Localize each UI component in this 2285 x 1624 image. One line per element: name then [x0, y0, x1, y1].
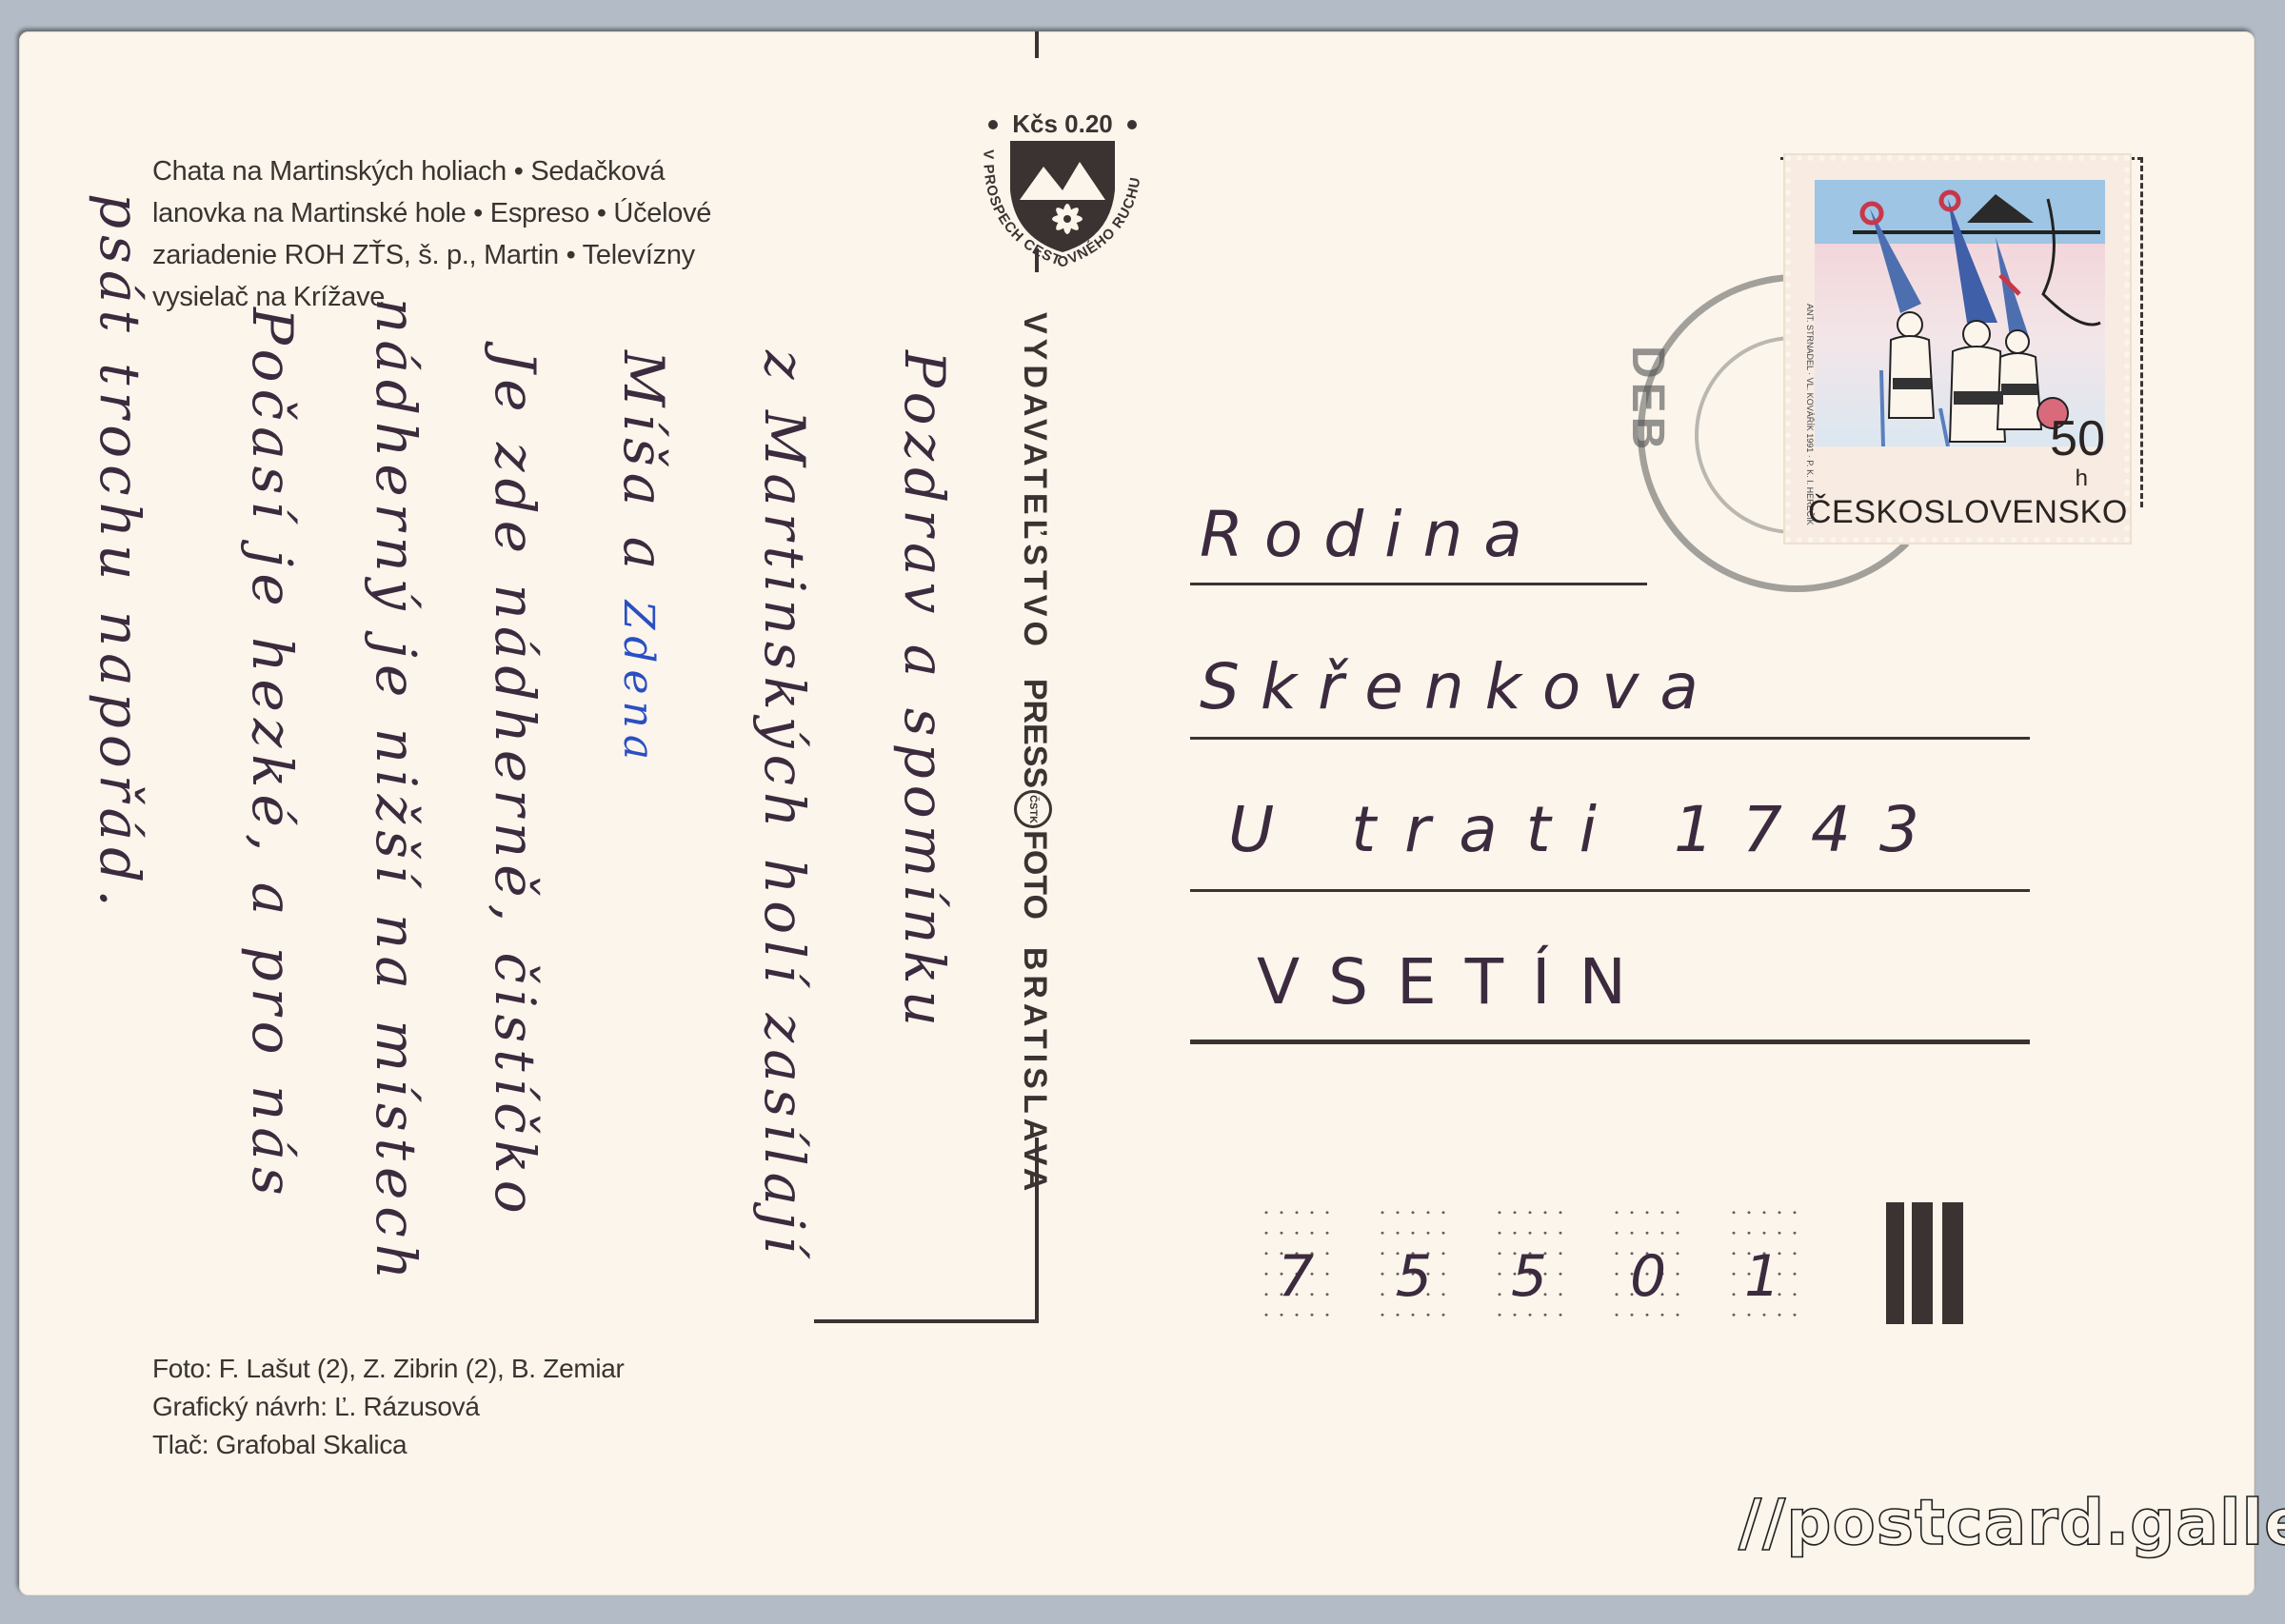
carolers-illustration-icon — [1815, 180, 2105, 446]
postcode-bar — [1886, 1202, 1904, 1324]
divider-line — [814, 1319, 1039, 1323]
divider-tick — [1035, 248, 1039, 272]
postcode-bar — [1942, 1202, 1963, 1324]
photo-credit: Foto: F. Lašut (2), Z. Zibrin (2), B. Ze… — [152, 1350, 625, 1388]
message-line: Počasí je hezké, a pro nás — [240, 307, 305, 1202]
postcode-digit: 5 — [1511, 1243, 1547, 1310]
watermark: //postcard.gallery — [1739, 1486, 2285, 1559]
stamp-unit: h — [2076, 465, 2088, 492]
message-text: Míša a — [611, 350, 676, 601]
bullet-icon — [1127, 120, 1137, 129]
caption-line: Chata na Martinských holiach • Sedačková — [152, 150, 914, 192]
tourism-emblem: Kčs 0.20 V PROSPECH CESTOVNÉHO RUCHU — [967, 109, 1158, 271]
address-rule — [1190, 889, 2030, 892]
publisher-brand-right: FOTO — [1017, 830, 1053, 920]
address-line-street: U trati 1743 — [1228, 793, 1948, 866]
address-line-surname: Skřenkova — [1200, 650, 1719, 723]
publisher-prefix: VYDAVATEĽSTVO — [1017, 312, 1053, 651]
postcode-digit: 1 — [1744, 1243, 1780, 1310]
globe-logo-icon: ČSTK — [1014, 790, 1052, 828]
address-rule-city — [1190, 1040, 2030, 1044]
printing-credits: Foto: F. Lašut (2), Z. Zibrin (2), B. Ze… — [152, 1350, 625, 1464]
message-line: Pozdrav a spomínku — [892, 350, 957, 1033]
stamp-artist-credit: ANT. STRNADEL · VL. KOVÁŘÍK 1991 · P. K.… — [1805, 304, 1815, 525]
postage-stamp: ANT. STRNADEL · VL. KOVÁŘÍK 1991 · P. K.… — [1785, 155, 2130, 543]
postcode-digit: 0 — [1630, 1243, 1666, 1310]
design-credit: Grafický návrh: Ľ. Rázusová — [152, 1388, 625, 1426]
caption-line: zariadenie ROH ZŤS, š. p., Martin • Tele… — [152, 234, 914, 276]
publisher-imprint: VYDAVATEĽSTVO PRESSČSTKFOTO BRATISLAVA — [1014, 312, 1053, 1196]
picture-caption: Chata na Martinských holiach • Sedačková… — [152, 150, 914, 318]
address-rule — [1190, 737, 2030, 740]
message-line: z Martinských holí zasílají — [752, 350, 817, 1260]
address-rule — [1190, 583, 1647, 585]
postcode-digit: 7 — [1278, 1243, 1314, 1310]
message-line: nádherný je nižší na místech — [364, 298, 428, 1286]
stamp-value: 50 — [2050, 410, 2105, 467]
caption-line: lanovka na Martinské hole • Espreso • Úč… — [152, 192, 914, 234]
print-credit: Tlač: Grafobal Skalica — [152, 1426, 625, 1464]
postcode-bar — [1912, 1202, 1933, 1324]
publisher-brand-left: PRESS — [1017, 679, 1053, 788]
postmark-text: DEB — [1621, 346, 1674, 453]
postcard-back: Chata na Martinských holiach • Sedačková… — [19, 31, 2255, 1595]
address-line-name: Rodina — [1200, 498, 1543, 571]
message-line: psát trochu napořád. — [88, 193, 152, 914]
postcode-digit: 5 — [1396, 1243, 1432, 1310]
signature-blue: Zdena — [614, 601, 663, 766]
mountain-edelweiss-shield-icon: V PROSPECH CESTOVNÉHO RUCHU — [967, 133, 1158, 276]
stamp-illustration — [1815, 180, 2105, 446]
divider-line — [1035, 1138, 1039, 1323]
address-line-city: VSETÍN — [1257, 945, 1655, 1019]
stamp-country: ČESKOSLOVENSKO — [1808, 494, 2128, 531]
divider-tick — [1035, 31, 1039, 58]
message-line: Je zde nádherně, čistíčko — [483, 350, 547, 1220]
message-line: Míša a Zdena — [611, 350, 676, 766]
